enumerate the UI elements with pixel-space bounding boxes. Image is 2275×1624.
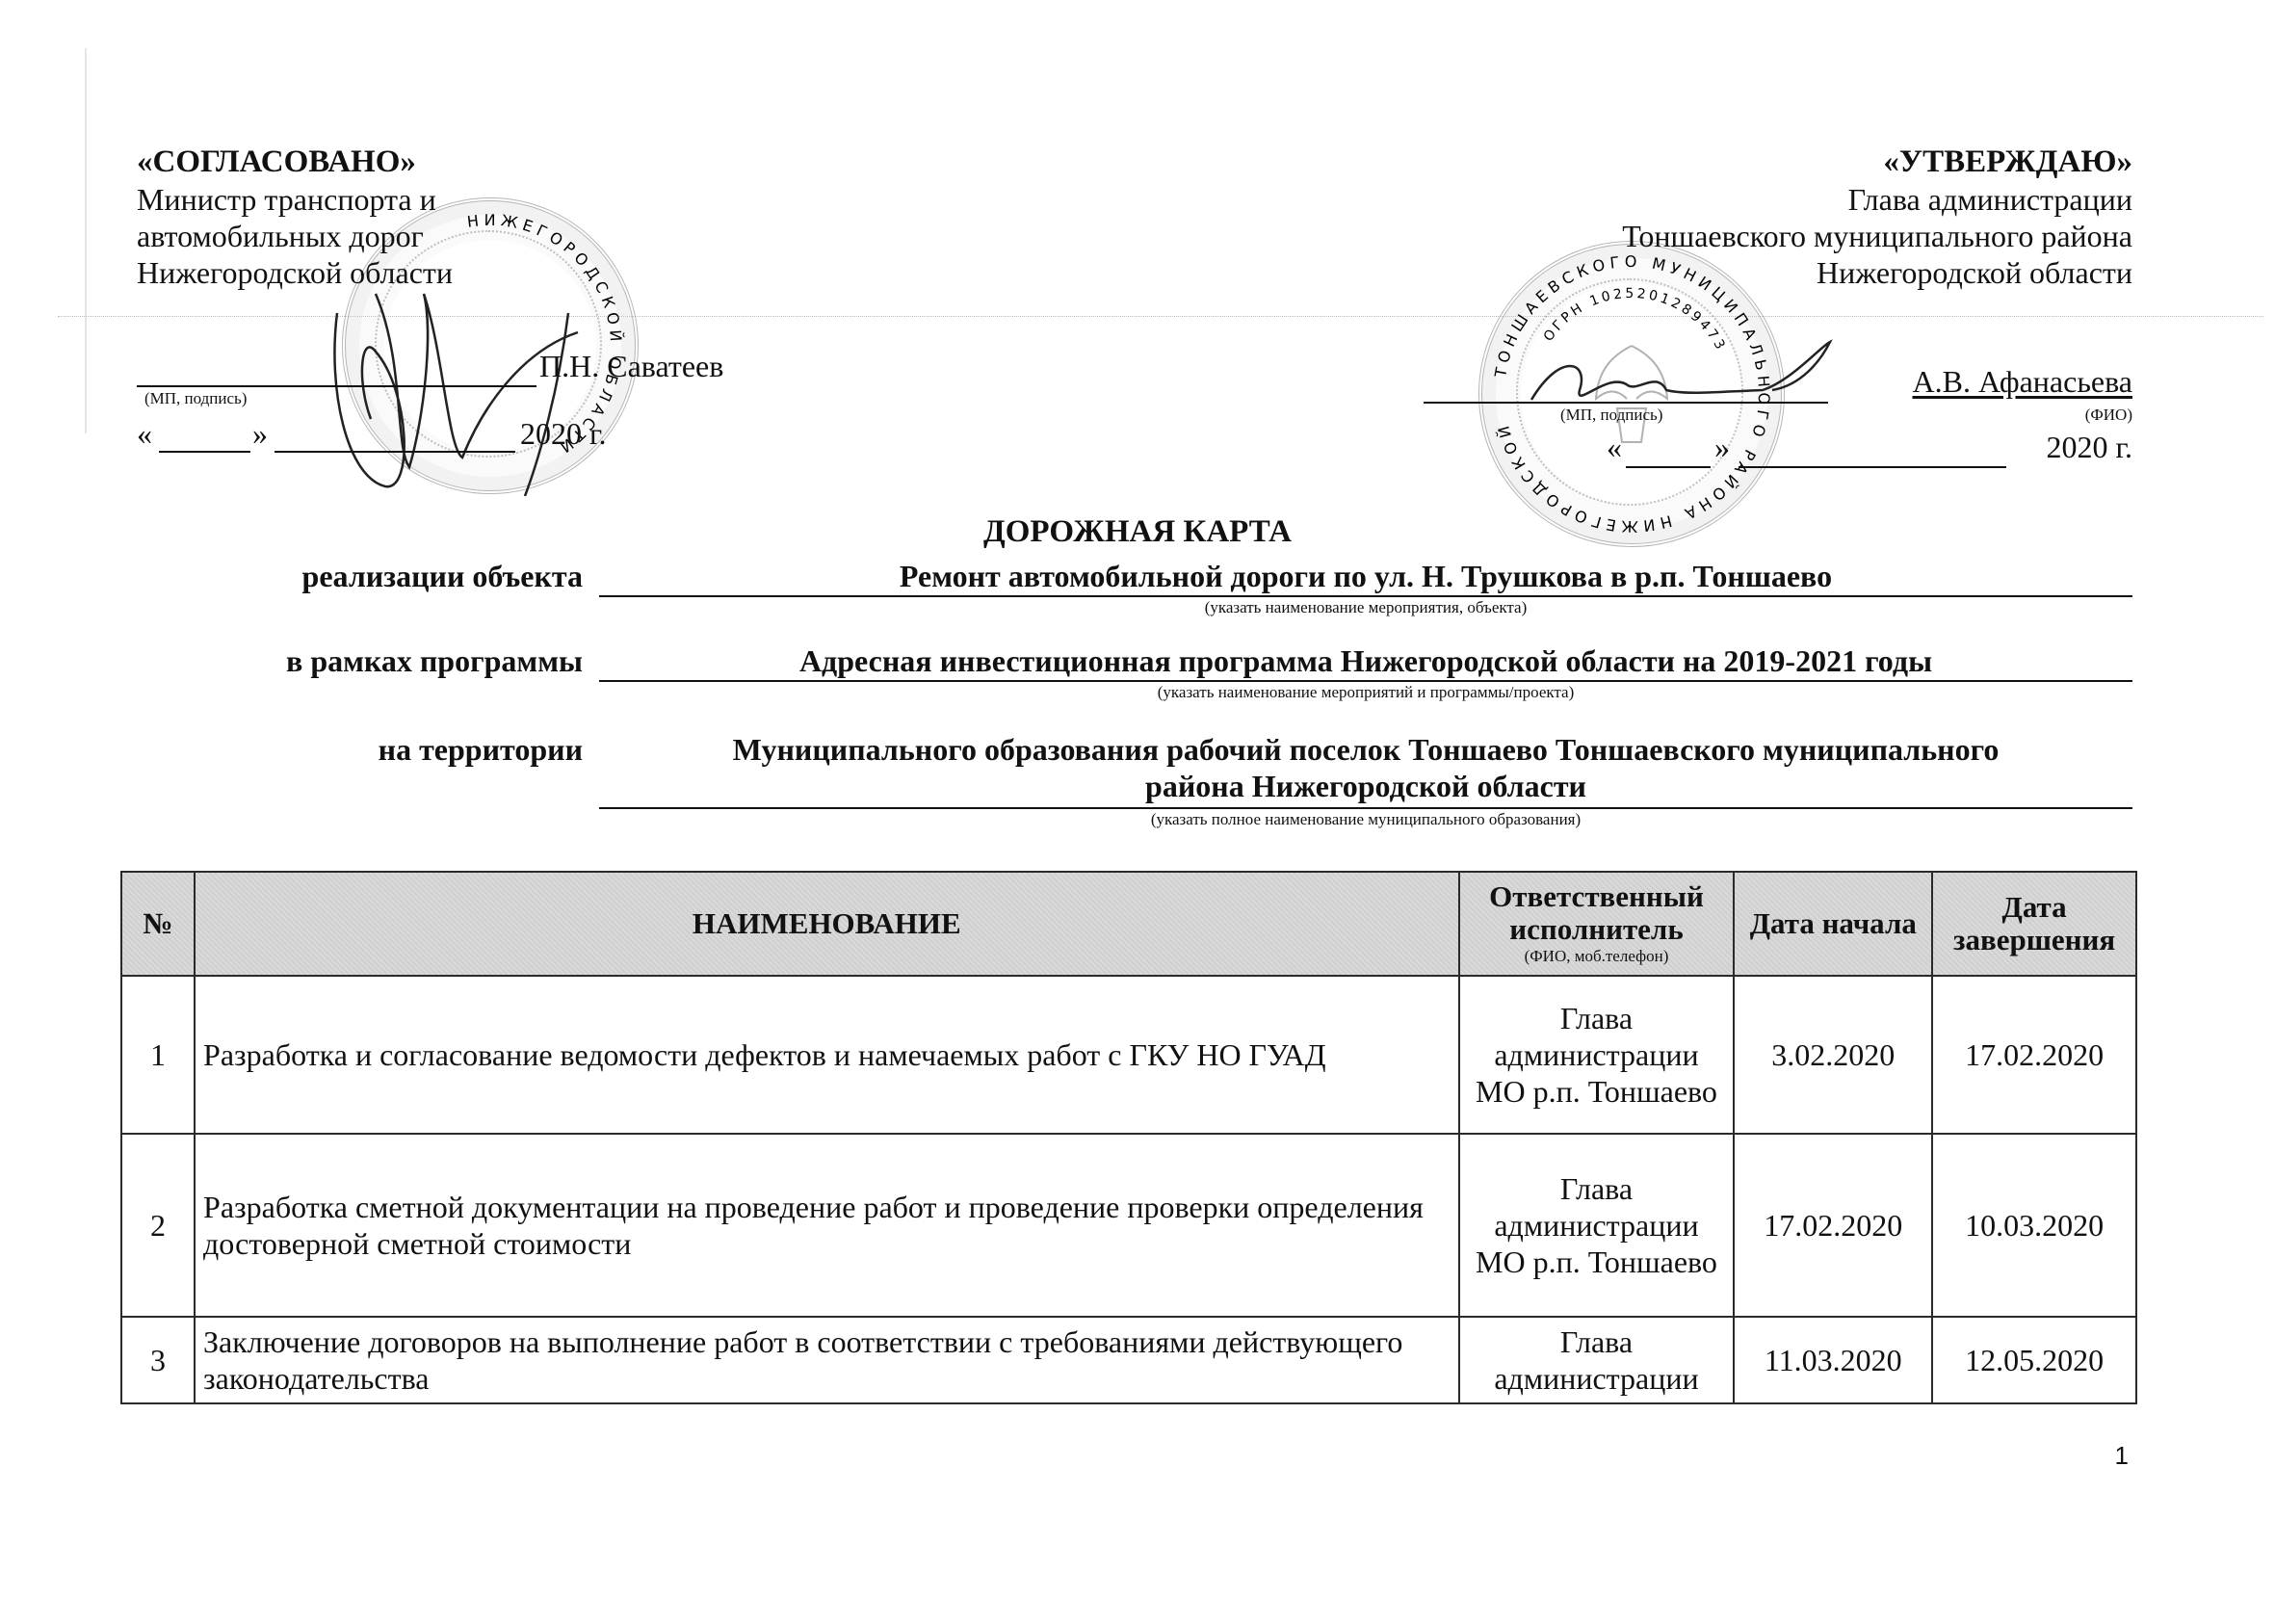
signature-line-left <box>137 385 536 387</box>
approval-position-line: Глава администрации <box>1400 181 2132 218</box>
field-value-program: Адресная инвестиционная программа Нижего… <box>599 643 2132 679</box>
column-header-responsible: Ответственный исполнитель (ФИО, моб.теле… <box>1459 872 1735 976</box>
signature-caption-right: (МП, подпись) <box>1560 406 1662 425</box>
field-label-object: реализации объекта <box>144 559 583 594</box>
field-value-territory-line2: района Нижегородской области <box>599 769 2132 804</box>
column-header-name: НАИМЕНОВАНИЕ <box>195 872 1459 976</box>
approval-position-line: автомобильных дорог <box>137 218 830 254</box>
signatory-name-left: П.Н. Саватеев <box>539 349 723 384</box>
field-hint-program: (указать наименование мероприятий и прог… <box>599 683 2132 702</box>
approval-title-agreed: «СОГЛАСОВАНО» <box>137 143 830 181</box>
cell-responsible: Глава администрации МО р.п. Тоншаево <box>1459 976 1735 1134</box>
column-header-number: № <box>121 872 195 976</box>
date-year-right: 2020 г. <box>2046 430 2132 465</box>
date-day-blank[interactable] <box>159 451 250 453</box>
date-close-quote: » <box>1714 430 1730 465</box>
approval-position-line: Нижегородской области <box>137 254 830 291</box>
table-header-row: № НАИМЕНОВАНИЕ Ответственный исполнитель… <box>121 872 2136 976</box>
field-underline <box>599 595 2132 597</box>
approval-block-agreed: «СОГЛАСОВАНО» Министр транспорта и автом… <box>137 143 830 291</box>
cell-start-date: 17.02.2020 <box>1734 1134 1932 1317</box>
column-header-start-date: Дата начала <box>1734 872 1932 976</box>
column-header-responsible-label: Ответственный исполнитель <box>1489 879 1704 946</box>
date-open-quote: « <box>137 416 152 452</box>
approval-position-line: Нижегородской области <box>1400 254 2132 291</box>
page-number: 1 <box>2115 1441 2129 1471</box>
cell-end-date: 17.02.2020 <box>1932 976 2136 1134</box>
column-header-end-date: Дата завершения <box>1932 872 2136 976</box>
field-value-object: Ремонт автомобильной дороги по ул. Н. Тр… <box>599 559 2132 594</box>
signature-caption-left: (МП, подпись) <box>144 389 247 408</box>
date-open-quote: « <box>1607 430 1622 465</box>
date-year-left: 2020 г. <box>520 416 607 452</box>
field-underline <box>599 680 2132 682</box>
date-day-blank[interactable] <box>1626 466 1711 468</box>
approval-title-approved: «УТВЕРЖДАЮ» <box>1400 143 2132 181</box>
cell-start-date: 3.02.2020 <box>1734 976 1932 1134</box>
field-label-territory: на территории <box>144 732 583 768</box>
date-month-blank[interactable] <box>1739 466 2006 468</box>
cell-responsible: Глава администрации <box>1459 1317 1735 1403</box>
cell-start-date: 11.03.2020 <box>1734 1317 1932 1403</box>
cell-number: 3 <box>121 1317 195 1403</box>
signatory-name-right: А.В. Афанасьева <box>1913 364 2133 400</box>
approval-position-line: Министр транспорта и <box>137 181 830 218</box>
cell-name: Разработка и согласование ведомости дефе… <box>195 976 1459 1134</box>
date-month-blank[interactable] <box>275 451 515 453</box>
approval-block-approved: «УТВЕРЖДАЮ» Глава администрации Тоншаевс… <box>1400 143 2132 291</box>
document-title: ДОРОЖНАЯ КАРТА <box>0 514 2275 550</box>
cell-end-date: 12.05.2020 <box>1932 1317 2136 1403</box>
cell-number: 2 <box>121 1134 195 1317</box>
name-caption-right: (ФИО) <box>2085 406 2132 425</box>
field-hint-object: (указать наименование мероприятия, объек… <box>599 598 2132 617</box>
roadmap-table: № НАИМЕНОВАНИЕ Ответственный исполнитель… <box>120 871 2137 1404</box>
table-row: 2 Разработка сметной документации на про… <box>121 1134 2136 1317</box>
field-label-program: в рамках программы <box>144 643 583 679</box>
cell-name: Заключение договоров на выполнение работ… <box>195 1317 1459 1403</box>
column-header-responsible-sub: (ФИО, моб.телефон) <box>1468 946 1726 967</box>
cell-name: Разработка сметной документации на прове… <box>195 1134 1459 1317</box>
approval-position-line: Тоншаевского муниципального района <box>1400 218 2132 254</box>
scan-edge-artifact <box>85 48 87 433</box>
cell-end-date: 10.03.2020 <box>1932 1134 2136 1317</box>
table-row: 1 Разработка и согласование ведомости де… <box>121 976 2136 1134</box>
table-row: 3 Заключение договоров на выполнение раб… <box>121 1317 2136 1403</box>
cell-responsible: Глава администрации МО р.п. Тоншаево <box>1459 1134 1735 1317</box>
field-hint-territory: (указать полное наименование муниципальн… <box>599 810 2132 829</box>
signature-line-right <box>1424 402 1828 404</box>
date-close-quote: » <box>252 416 268 452</box>
field-underline <box>599 807 2132 809</box>
cell-number: 1 <box>121 976 195 1134</box>
field-value-territory-line1: Муниципального образования рабочий посел… <box>599 732 2132 768</box>
